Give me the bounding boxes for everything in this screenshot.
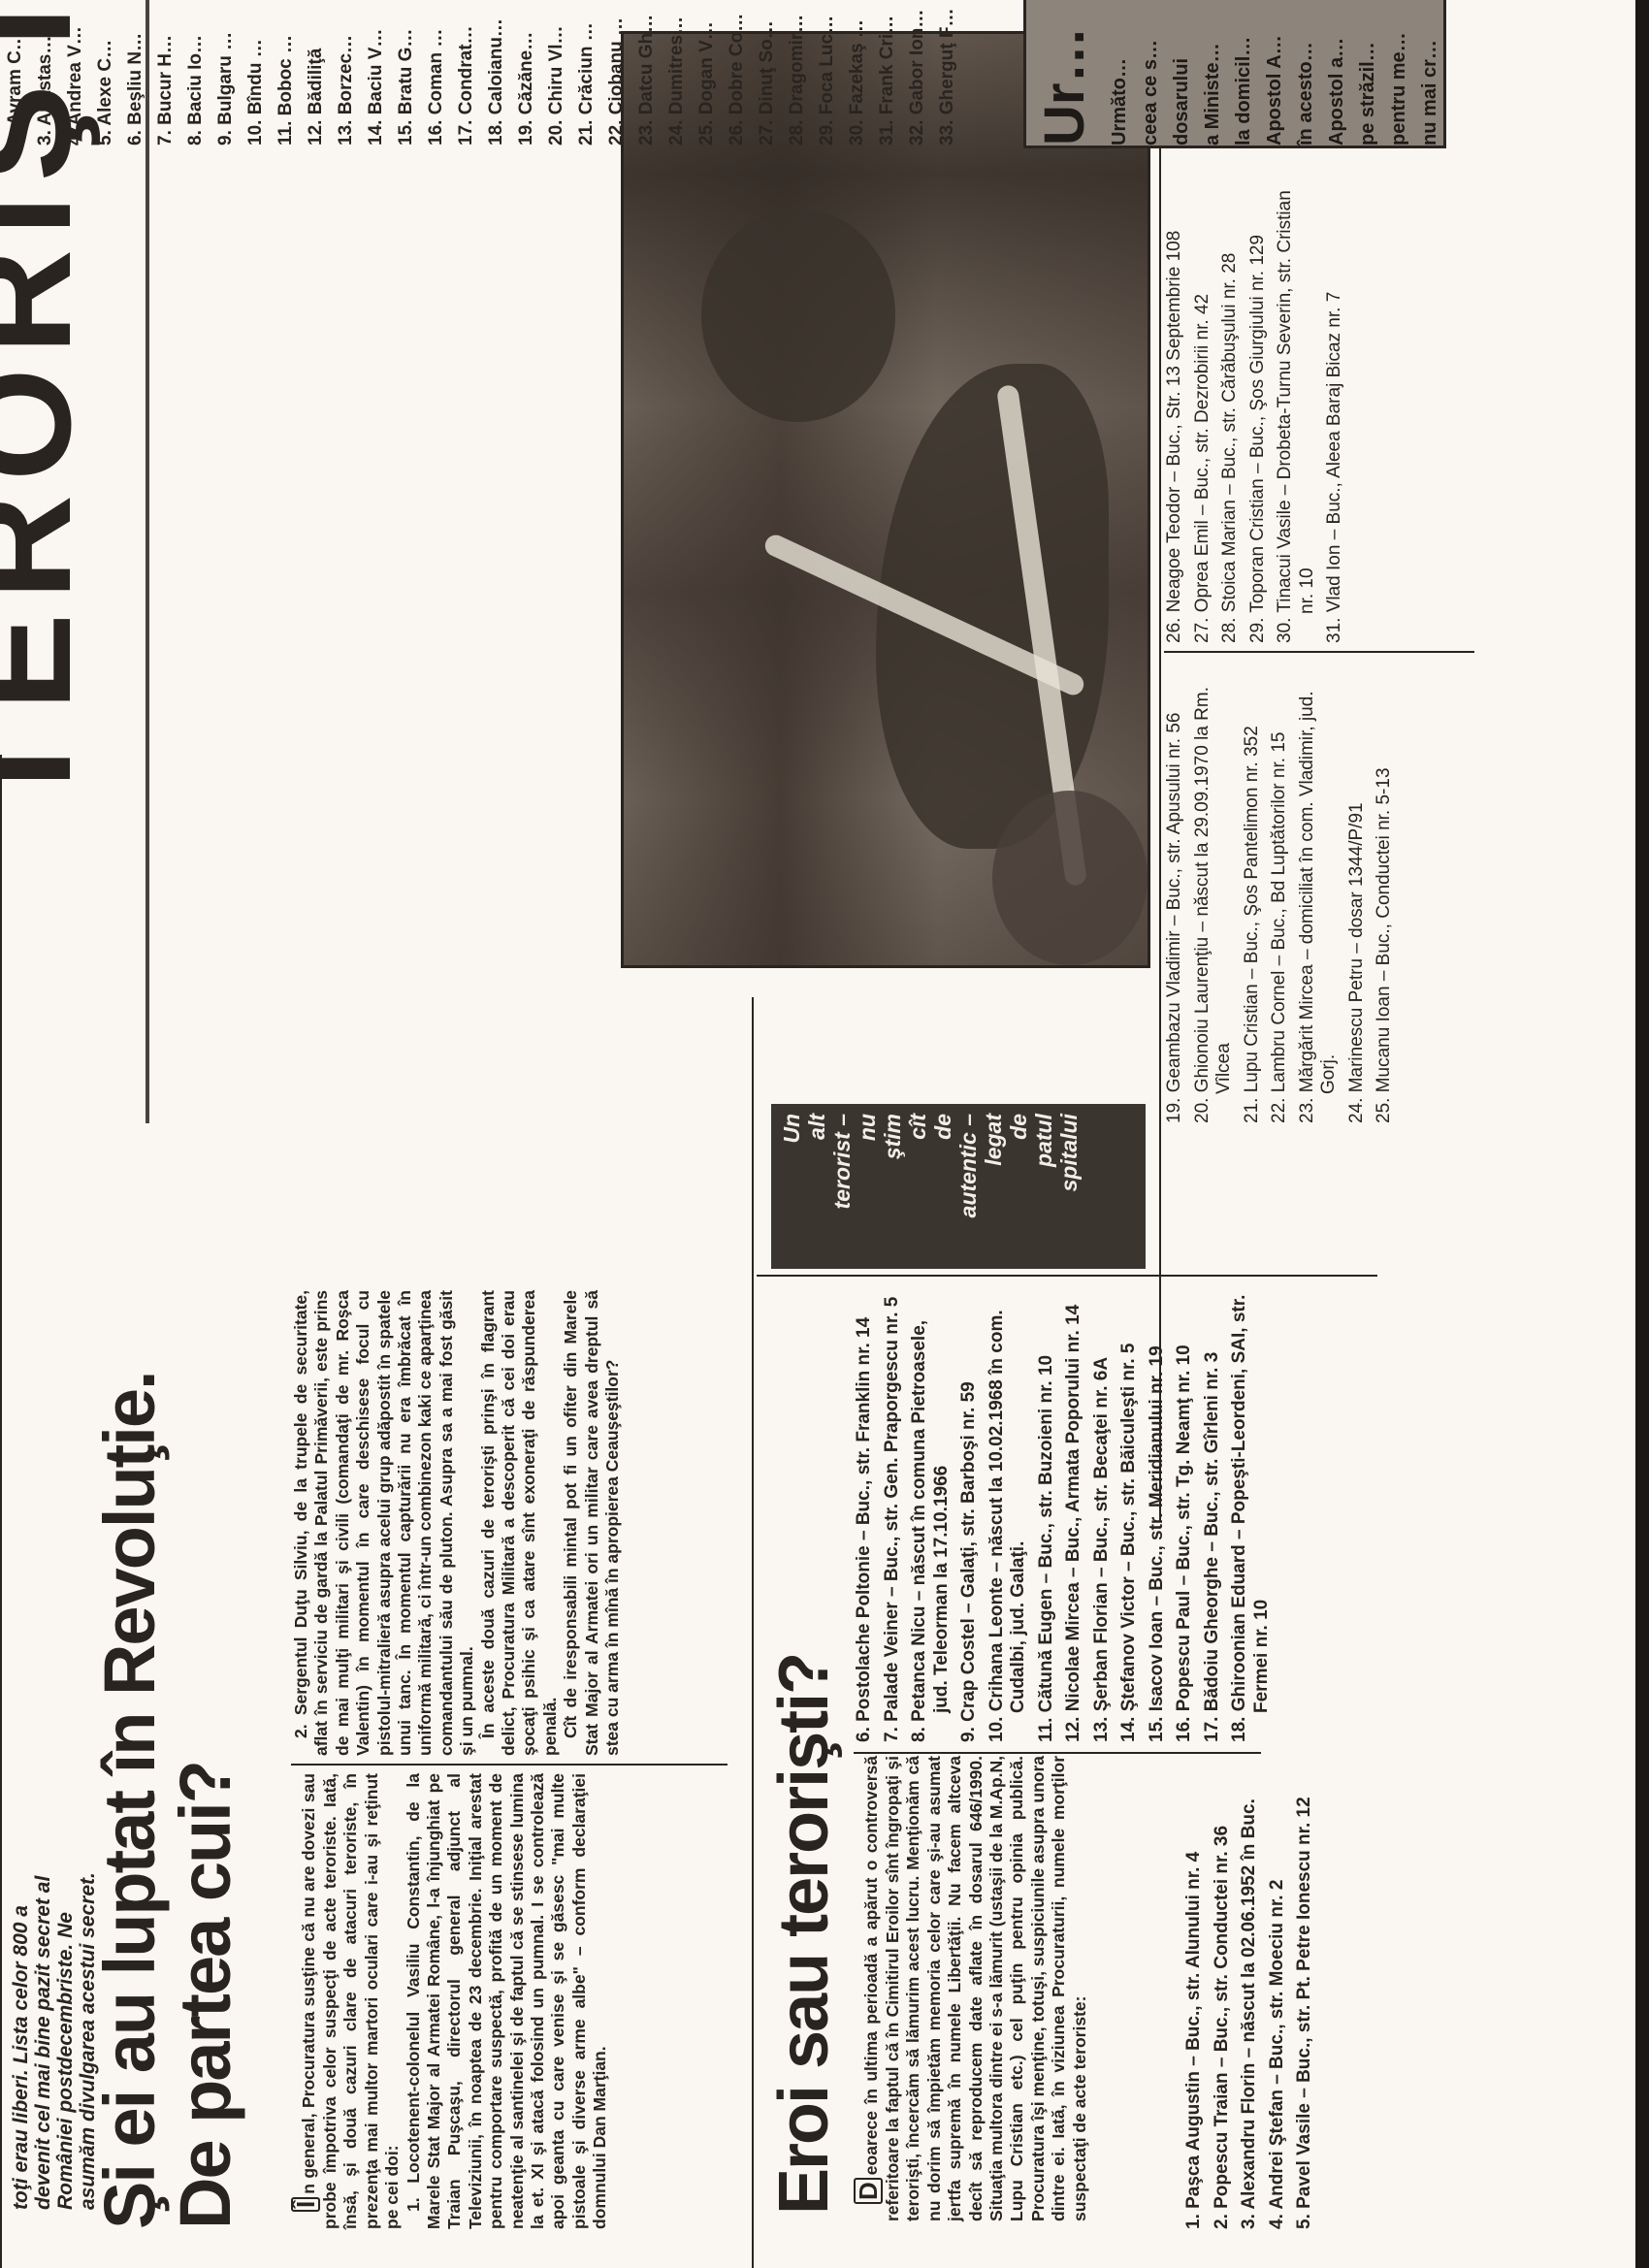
list-separator	[1159, 8, 1161, 1521]
name-entry: 5. Alexe C…	[90, 0, 120, 146]
name-entry: 10. Bîndu …	[241, 0, 271, 146]
name-entry: 8. Baciu Io…	[180, 0, 210, 146]
list-item: 1. Paşca Augustin – Buc., str. Alunului …	[1183, 1764, 1206, 2229]
list-item: 14. Ştefanov Victor – Buc., str. Băicule…	[1118, 1286, 1141, 1742]
name-entry: 19. Căzăne…	[511, 0, 541, 146]
article2-intro-text: eoarece în ultima perioadă a apărut o co…	[861, 1756, 1089, 2221]
name-entry: 11. Boboc …	[271, 0, 301, 146]
list-item: 28. Stoica Marian – Buc., str. Cărăbuşul…	[1219, 178, 1242, 643]
name-entry: 24. Dumitres…	[662, 0, 692, 146]
list-item: 31. Vlad Ion – Buc., Aleea Baraj Bicaz n…	[1324, 178, 1346, 643]
list-item: 2. Popescu Traian – Buc., str. Conductei…	[1212, 1764, 1234, 2229]
list-item: 16. Popescu Paul – Buc., str. Tg. Neamţ …	[1174, 1286, 1196, 1742]
list-item: 24. Marinescu Petru – dosar 1344/P/91	[1346, 667, 1369, 1123]
name-entry: 27. Dinuţ So…	[752, 0, 782, 146]
name-entry: 3. Anastas…	[30, 0, 60, 146]
notice-line: Următo…	[1104, 0, 1135, 146]
name-entry: 13. Borzec…	[331, 0, 361, 146]
list-item: 20. Ghionoiu Laurenţiu – născut la 29.09…	[1192, 667, 1236, 1123]
photo-caption: Un alt terorist – nu ştim cît de autenti…	[771, 1104, 1146, 1269]
article1-col1-p2: 1. Locotenent-colonelul Vasiliu Constant…	[404, 1773, 611, 2229]
list-item: 8. Petanca Nicu – născut în comuna Pietr…	[909, 1286, 953, 1742]
newspaper-page: toţi erau liberi. Lista celor 800 a deve…	[0, 0, 1649, 2268]
name-entry: 26. Dobre Co…	[722, 0, 752, 146]
list-item: 13. Şerban Florian – Buc., str. Becaţei …	[1091, 1286, 1114, 1742]
caption-line: legat	[981, 1114, 1006, 1259]
notice-line: pe străzil…	[1352, 0, 1383, 146]
list-item: 18. Ghiroonian Eduard – Popeşti-Leordeni…	[1229, 1286, 1273, 1742]
names-strip: 2. Avram C… 3. Anastas… 4. Andrea V… 5. …	[0, 0, 1018, 146]
column-divider	[1164, 651, 1474, 653]
caption-line: nu	[855, 1114, 880, 1259]
name-entry: 9. Bulgaru …	[210, 0, 241, 146]
panel-rule	[145, 0, 149, 1123]
list-item: 9. Crap Costel – Galaţi, str. Barboşi nr…	[958, 1286, 981, 1742]
list-item: 23. Mărgărit Mircea – domiciliat în com.…	[1297, 667, 1341, 1123]
photo-figure-standing	[992, 791, 1148, 965]
article1-col2-p3: Cît de iresponsabili mintal pot fi un of…	[561, 1290, 623, 1756]
list-item: 4. Andrei Ştefan – Buc., str. Moeciu nr.…	[1267, 1764, 1289, 2229]
suspects-list-a: 1. Paşca Augustin – Buc., str. Alunului …	[1183, 1764, 1322, 2229]
dropcap: D	[854, 2178, 883, 2204]
article-separator	[752, 997, 754, 2268]
caption-line: patul	[1031, 1114, 1056, 1259]
list-item: 27. Oprea Emil – Buc., str. Dezrobirii n…	[1192, 178, 1214, 643]
name-entry: 14. Baciu V…	[361, 0, 391, 146]
name-entry: 21. Crăciun …	[571, 0, 601, 146]
notice-line: pentru me…	[1383, 0, 1414, 146]
top-rule	[0, 755, 2, 2268]
name-entry: 6. Beşliu N…	[120, 0, 150, 146]
suspects-list-b: 6. Postolache Poltonie – Buc., str. Fran…	[854, 1286, 1278, 1742]
notice-line: a Ministe…	[1197, 0, 1228, 146]
article1-intro: toţi erau liberi. Lista celor 800 a deve…	[10, 1841, 99, 2210]
dropcap: Î	[291, 2197, 320, 2212]
list-item: 7. Palade Veiner – Buc., str. Gen. Prapo…	[882, 1286, 904, 1742]
suspects-list-d: 26. Neagoe Teodor – Buc., Str. 13 Septem…	[1164, 178, 1352, 643]
article1-headline-line2: De partea cui?	[168, 1372, 243, 2229]
list-item: 19. Geambazu Vladimir – Buc., str. Apusu…	[1164, 667, 1186, 1123]
notice-line: Apostol a…	[1321, 0, 1352, 146]
article1-column2: 2. Sergentul Duţu Silviu, de la trupele …	[291, 1290, 624, 1756]
photo-figure-head	[701, 209, 895, 422]
name-entry: 4. Andrea V…	[60, 0, 90, 146]
caption-line: de	[1006, 1114, 1031, 1259]
notice-line: nu mai cr…	[1414, 0, 1445, 146]
notice-box: Ur… Următo… ceea ce s… dosarului a Minis…	[1023, 0, 1446, 148]
article1-headline: Şi ei au luptat în Revoluţie. De partea …	[92, 1372, 243, 2229]
notice-line: ceea ce s…	[1135, 0, 1166, 146]
photograph	[621, 31, 1150, 968]
notice-title: Ur…	[1026, 0, 1104, 146]
caption-line: autentic –	[955, 1114, 981, 1259]
list-item: 22. Lambru Cornel – Buc., Bd Luptătorilo…	[1269, 667, 1291, 1123]
notice-line: în acesto…	[1290, 0, 1321, 146]
names-wrap: 2. Avram C… 3. Anastas… 4. Andrea V… 5. …	[0, 0, 962, 146]
article1-col2-p2: În aceste două cazuri de terorişti prinş…	[478, 1290, 562, 1756]
list-item: 6. Postolache Poltonie – Buc., str. Fran…	[854, 1286, 876, 1742]
name-entry: 18. Caloianu…	[481, 0, 511, 146]
caption-line: terorist –	[829, 1114, 855, 1259]
list-item: 10. Crihana Leonte – născut la 10.02.196…	[986, 1286, 1030, 1742]
caption-line: ştim	[880, 1114, 905, 1259]
article1-col1-p1: n general, Procuratura susţine că nu are…	[299, 1773, 402, 2229]
name-entry: 28. Dragomir…	[782, 0, 812, 146]
name-entry: 25. Dogan V…	[692, 0, 722, 146]
article1-column1: În general, Procuratura susţine că nu ar…	[291, 1773, 611, 2229]
list-item: 11. Cătună Eugen – Buc., str. Buzoieni n…	[1036, 1286, 1058, 1742]
article1-col2-p1: 2. Sergentul Duţu Silviu, de la trupele …	[291, 1290, 478, 1756]
name-entry: 23. Datcu Gh…	[631, 0, 662, 146]
scan-edge	[1635, 0, 1649, 2268]
name-entry: 29. Foca Luc…	[812, 0, 842, 146]
name-entry: 17. Condrat…	[451, 0, 481, 146]
column-divider	[854, 1752, 1261, 1754]
name-entry: 15. Bratu G…	[391, 0, 421, 146]
list-item: 30. Tinacui Vasile – Drobeta-Turnu Sever…	[1275, 178, 1318, 643]
list-item: 12. Nicolae Mircea – Buc., Armata Poporu…	[1063, 1286, 1085, 1742]
list-item: 26. Neagoe Teodor – Buc., Str. 13 Septem…	[1164, 178, 1186, 643]
caption-line: de	[930, 1114, 955, 1259]
name-entry: 7. Bucur H…	[150, 0, 180, 146]
list-item: 21. Lupu Cristian – Buc., Şos Pantelimon…	[1242, 667, 1264, 1123]
list-item: 5. Pavel Vasile – Buc., str. Pt. Petre I…	[1294, 1764, 1316, 2229]
column-divider	[757, 1275, 1377, 1277]
article2-intro: Deoarece în ultima perioadă a apărut o c…	[854, 1756, 1090, 2221]
caption-line: alt	[804, 1114, 829, 1259]
caption-line: Un	[779, 1114, 804, 1259]
name-entry: 16. Coman …	[421, 0, 451, 146]
caption-line: spitalui	[1056, 1114, 1082, 1259]
name-entry: 20. Chiru Vl…	[541, 0, 571, 146]
list-item: 15. Isacov Ioan – Buc., str. Meridianulu…	[1147, 1286, 1169, 1742]
column-divider	[291, 1764, 727, 1766]
name-entry: 32. Gabor Ion…	[902, 0, 932, 146]
notice-box-lines: Ur… Următo… ceea ce s… dosarului a Minis…	[1026, 0, 1445, 146]
name-entry: 30. Fazekaş …	[842, 0, 872, 146]
notice-line: dosarului	[1166, 0, 1197, 146]
list-item: 29. Toporan Cristian – Buc., Şos Giurgiu…	[1247, 178, 1270, 643]
caption-line: cît	[905, 1114, 930, 1259]
article1-headline-line1: Şi ei au luptat în Revoluţie.	[92, 1372, 168, 2229]
notice-line: la domicil…	[1228, 0, 1259, 146]
article2-headline: Eroi sau terorişti?	[766, 1654, 842, 2215]
name-entry: 2. Avram C…	[0, 0, 30, 146]
suspects-list-c: 19. Geambazu Vladimir – Buc., str. Apusu…	[1164, 667, 1402, 1123]
name-entry: 12. Bădiliţă	[301, 0, 331, 146]
name-entry: 31. Frank Cri…	[872, 0, 902, 146]
notice-line: Apostol A…	[1259, 0, 1290, 146]
name-entry: 22. Ciobanu …	[601, 0, 631, 146]
list-item: 17. Bădoiu Gheorghe – Buc., str. Gîrleni…	[1202, 1286, 1224, 1742]
list-item: 3. Alexandru Florin – născut la 02.06.19…	[1239, 1764, 1261, 2229]
list-item: 25. Mucanu Ioan – Buc., Conductei nr. 5-…	[1374, 667, 1396, 1123]
name-entry: 33. Gherguţ F…	[932, 0, 962, 146]
